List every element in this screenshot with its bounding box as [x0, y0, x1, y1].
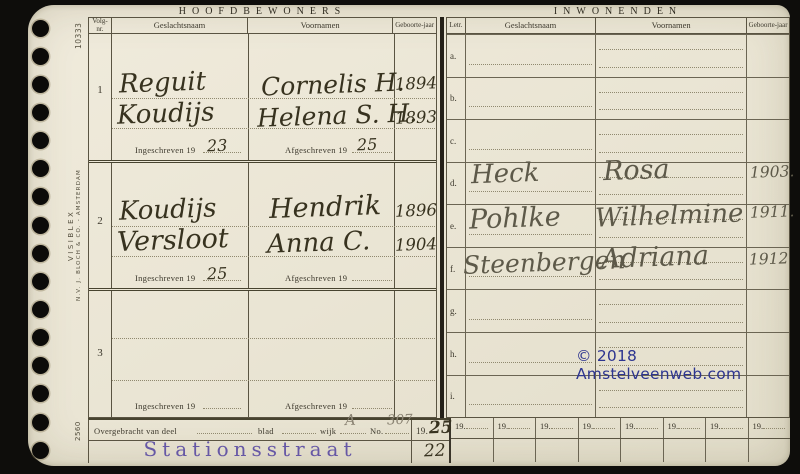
entry-rule — [599, 303, 743, 305]
year-cell-label: 19. — [583, 421, 594, 431]
entry-rule — [599, 108, 743, 110]
dotted-tail — [203, 407, 241, 409]
lodger-row-b: b. — [447, 77, 789, 120]
no-label: No. — [370, 426, 383, 436]
entry-rule — [599, 66, 743, 68]
firstnames-handwritten: Cornelis H. — [261, 70, 405, 100]
header-geboortejaar: Geboorte-jaar — [746, 18, 789, 33]
firstnames-handwritten: Wilhelmine — [595, 201, 744, 232]
punch-hole — [32, 301, 49, 318]
entry-rule — [469, 403, 592, 405]
transfer-strip: Overgebracht van deel blad wijk A No. 30… — [88, 418, 451, 463]
left-section-title: HOOFDBEWONERS — [88, 6, 437, 17]
empty-cell — [748, 439, 791, 462]
hoofdbewoners-header-row: Volg-nr. Geslachtsnaam Voornamen Geboort… — [89, 18, 436, 34]
birthyear-handwritten: 1904 — [395, 236, 438, 254]
no-value-handwritten: 307 — [387, 414, 413, 428]
empty-cell — [620, 439, 663, 462]
brand-company: N.V. J. BLOCH & CO. - AMSTERDAM — [76, 130, 82, 340]
birthyear-handwritten: 1894 — [395, 75, 438, 93]
year-cell: 19. — [620, 418, 663, 438]
surname-handwritten: Reguit — [119, 68, 207, 97]
year-cell: 19. — [705, 418, 748, 438]
dotted-tail — [340, 432, 366, 434]
surname-handwritten: Versloot — [117, 225, 230, 256]
year-cell-label: 19. — [455, 421, 466, 431]
surname-cell — [465, 290, 595, 332]
year-cell: 19. — [493, 418, 536, 438]
hoofdbewoners-table: Volg-nr. Geslachtsnaam Voornamen Geboort… — [88, 17, 437, 418]
edge-code-top: 10333 — [74, 11, 83, 61]
year-cell-label: 19. — [668, 421, 679, 431]
row-letter: a. — [447, 35, 465, 77]
punch-hole — [32, 442, 49, 459]
brand-name: VISIBLEX — [67, 155, 75, 315]
blad-label: blad — [258, 426, 274, 436]
row-letter: g. — [447, 290, 465, 332]
punch-hole — [32, 48, 49, 65]
volgnr-value: 1 — [89, 84, 111, 96]
entry-rule — [112, 379, 435, 381]
lodger-row-e: e. Pohlke Wilhelmine 1911. — [447, 204, 789, 247]
ingeschreven-label: Ingeschreven 19 — [135, 273, 195, 283]
dotted-tail — [466, 421, 488, 429]
volgnr-value: 3 — [89, 347, 111, 359]
punch-hole — [32, 357, 49, 374]
dotted-tail — [352, 279, 392, 281]
right-section-title: INWONENDEN — [446, 6, 790, 17]
birthyear-handwritten: 1893 — [395, 109, 438, 127]
birthyear-handwritten: 1912 — [749, 251, 789, 268]
dotted-tail — [551, 421, 573, 429]
surname-handwritten: Heck — [471, 160, 540, 188]
resident-group-1: 1 Reguit Cornelis H. 1894 Koudijs Helena… — [89, 34, 436, 160]
empty-cell — [493, 439, 536, 462]
entry-rule — [469, 361, 592, 363]
year-cell-label: 19. — [540, 421, 551, 431]
row-letter: h. — [447, 333, 465, 375]
afgeschreven-label: Afgeschreven 19 — [285, 401, 347, 411]
empty-cell — [451, 439, 493, 462]
ingeschreven-year-handwritten: 25 — [207, 266, 228, 283]
surname-handwritten: Koudijs — [119, 195, 217, 224]
punch-hole — [32, 273, 49, 290]
row-letter: d. — [447, 163, 465, 205]
firstnames-handwritten: Rosa — [603, 156, 670, 185]
lodger-row-g: g. — [447, 289, 789, 332]
header-volgnr: Volg-nr. — [89, 18, 111, 33]
column-rule — [111, 291, 112, 417]
row-letter: e. — [447, 205, 465, 247]
edge-code-bottom: 2560 — [74, 407, 82, 455]
empty-cell — [535, 439, 578, 462]
copyright-watermark: © 2018 Amstelveenweb.com — [576, 347, 800, 383]
surname-cell — [465, 78, 595, 120]
empty-cell — [705, 439, 748, 462]
year-cell: 19. — [663, 418, 706, 438]
resident-group-3: 3 Ingeschreven 19 Afgeschreven 19 — [89, 288, 436, 417]
entry-rule — [469, 318, 592, 320]
entry-rule — [469, 105, 592, 107]
header-voornamen: Voornamen — [247, 18, 392, 33]
firstnames-handwritten: Adriana — [601, 242, 710, 273]
year-cell: 19. — [451, 418, 493, 438]
empty-cell — [663, 439, 706, 462]
dotted-tail — [678, 421, 700, 429]
ingeschreven-label: Ingeschreven 19 — [135, 145, 195, 155]
punch-hole — [32, 188, 49, 205]
entry-rule — [599, 406, 743, 408]
entry-rule — [599, 236, 743, 238]
firstnames-handwritten: Helena S. H. — [257, 100, 418, 131]
year-cell: 19. — [748, 418, 791, 438]
overgebracht-label: Overgebracht van deel — [94, 426, 177, 436]
dotted-tail — [352, 407, 392, 409]
entry-rule — [469, 63, 592, 65]
ingeschreven-year-handwritten: 23 — [207, 138, 228, 155]
birthyear-cell — [746, 120, 789, 162]
year-prefix: 19. — [416, 426, 428, 436]
birthyear-handwritten: 1911. — [750, 204, 795, 221]
punch-hole — [32, 217, 49, 234]
dotted-tail — [636, 421, 658, 429]
birthyear-cell — [746, 35, 789, 77]
entry-rule — [599, 48, 743, 50]
header-geslachtsnaam: Geslachtsnaam — [465, 18, 595, 33]
volgnr-value: 2 — [89, 215, 111, 227]
afgeschreven-year-handwritten: 25 — [357, 137, 378, 154]
year-cells-row: 19. 19. 19. 19. 19. 19. 19. 19. — [451, 418, 790, 439]
header-geboortejaar: Geboorte-jaar — [392, 18, 436, 33]
surname-cell — [465, 35, 595, 77]
punch-hole — [32, 132, 49, 149]
year-cell: 19. — [578, 418, 621, 438]
street-row: Stationsstraat 22 — [89, 441, 449, 464]
entry-rule — [599, 91, 743, 93]
resident-group-2: 2 Koudijs Hendrik 1896 Versloot Anna C. … — [89, 160, 436, 288]
column-rule — [248, 291, 249, 417]
empty-cell — [578, 439, 621, 462]
scanned-register-card-photo: 10333 VISIBLEX N.V. J. BLOCH & CO. - AMS… — [0, 0, 800, 474]
afgeschreven-label: Afgeschreven 19 — [285, 145, 347, 155]
surname-handwritten: Koudijs — [117, 99, 215, 128]
row-letter: c. — [447, 120, 465, 162]
firstnames-handwritten: Anna C. — [267, 228, 371, 258]
dotted-tail — [721, 421, 743, 429]
year-cell-label: 19. — [710, 421, 721, 431]
year-value-handwritten: 25 — [429, 420, 453, 438]
punch-hole — [32, 329, 49, 346]
birthyear-cell — [746, 290, 789, 332]
surname-cell — [465, 120, 595, 162]
year-cell: 19. — [535, 418, 578, 438]
entry-rule — [599, 321, 743, 323]
header-voornamen: Voornamen — [595, 18, 746, 33]
firstnames-handwritten: Hendrik — [269, 192, 382, 223]
entry-rule — [599, 151, 743, 153]
surname-handwritten: Pohlke — [469, 204, 562, 234]
entry-rule — [599, 133, 743, 135]
punch-hole — [32, 76, 49, 93]
punch-hole — [32, 104, 49, 121]
punch-hole — [32, 245, 49, 262]
row-letter: b. — [447, 78, 465, 120]
birthyear-handwritten: 1903. — [750, 164, 795, 181]
year-cells-strip: 19. 19. 19. 19. 19. 19. 19. 19. — [451, 418, 790, 462]
street-name-stamp: Stationsstraat — [89, 437, 411, 461]
dotted-tail — [763, 421, 785, 429]
number-handwritten: 22 — [424, 443, 446, 461]
punch-hole — [32, 414, 49, 431]
ingeschreven-label: Ingeschreven 19 — [135, 401, 195, 411]
dotted-tail — [197, 432, 252, 434]
year-cell-label: 19. — [498, 421, 509, 431]
register-card: 10333 VISIBLEX N.V. J. BLOCH & CO. - AMS… — [28, 5, 790, 466]
entry-rule — [112, 337, 435, 339]
row-letter: i. — [447, 376, 465, 418]
dotted-tail — [385, 432, 409, 434]
birthyear-cell — [746, 78, 789, 120]
header-letter: Letr. — [447, 18, 465, 33]
wijk-label: wijk — [320, 426, 336, 436]
center-divider-rule — [440, 17, 444, 418]
entry-rule — [599, 193, 743, 195]
dotted-tail — [593, 421, 615, 429]
year-cell-label: 19. — [753, 421, 764, 431]
punch-hole — [32, 160, 49, 177]
column-rule — [394, 291, 395, 417]
firstnames-cell — [595, 78, 746, 120]
lodger-row-f: f. Steenbergen Adriana 1912 — [447, 247, 789, 290]
entry-rule — [469, 148, 592, 150]
dotted-tail — [282, 432, 316, 434]
inwonenden-header-row: Letr. Geslachtsnaam Voornamen Geboorte-j… — [447, 18, 789, 34]
wijk-value-handwritten: A — [345, 413, 356, 428]
birthyear-handwritten: 1896 — [395, 202, 438, 220]
header-geslachtsnaam: Geslachtsnaam — [111, 18, 247, 33]
year-cell-label: 19. — [625, 421, 636, 431]
entry-rule — [599, 278, 743, 280]
firstnames-cell — [595, 290, 746, 332]
dotted-tail — [508, 421, 530, 429]
empty-cells-row — [451, 439, 790, 462]
punch-hole — [32, 20, 49, 37]
firstnames-cell — [595, 35, 746, 77]
afgeschreven-label: Afgeschreven 19 — [285, 273, 347, 283]
lodger-row-a: a. — [447, 34, 789, 77]
entry-rule — [469, 190, 592, 192]
punch-hole — [32, 385, 49, 402]
entry-rule — [599, 389, 743, 391]
